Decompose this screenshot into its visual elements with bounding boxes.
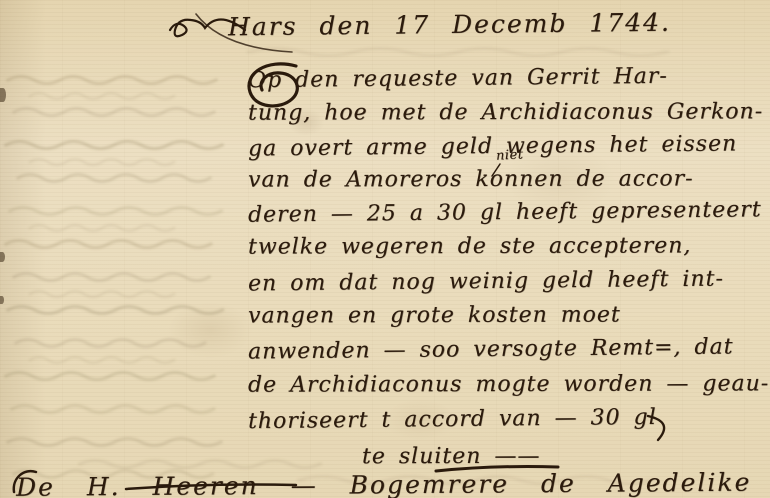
manuscript-page: Hars den 17 Decemb 1744. Op den requeste… — [0, 0, 770, 498]
manuscript-line: te sluiten —— — [362, 446, 540, 468]
manuscript-line: thoriseert t accord van — 30 gl — [248, 407, 657, 433]
manuscript-line: twelke wegeren de ste accepteren, — [248, 235, 691, 258]
date-heading: Hars den 17 Decemb 1744. — [228, 10, 671, 40]
manuscript-line: deren — 25 a 30 gl heeft gepresenteert — [248, 199, 762, 226]
manuscript-line: van de Amoreros konnen de accor- — [248, 168, 694, 191]
interlinear-insertion: niet — [496, 148, 524, 162]
manuscript-line: en om dat nog weinig geld heeft int- — [248, 269, 724, 296]
footer-line: De H. Heeren — Bogemrere de Agedelike de — [16, 469, 770, 498]
manuscript-line: vangen en grote kosten moet — [248, 305, 621, 328]
manuscript-line: ga overt arme geld wegens het eissen — [248, 133, 737, 160]
scan-edge-mark — [0, 252, 5, 262]
scan-edge-mark — [0, 296, 4, 304]
scan-edge-mark — [0, 88, 6, 102]
manuscript-line: tung, hoe met de Archidiaconus Gerkon- — [248, 101, 763, 124]
manuscript-line: Op den requeste van Gerrit Har- — [248, 66, 668, 92]
manuscript-line: de Archidiaconus mogte worden — geau- — [248, 373, 769, 396]
manuscript-line: anwenden — soo versogte Remt=, dat — [248, 336, 734, 363]
